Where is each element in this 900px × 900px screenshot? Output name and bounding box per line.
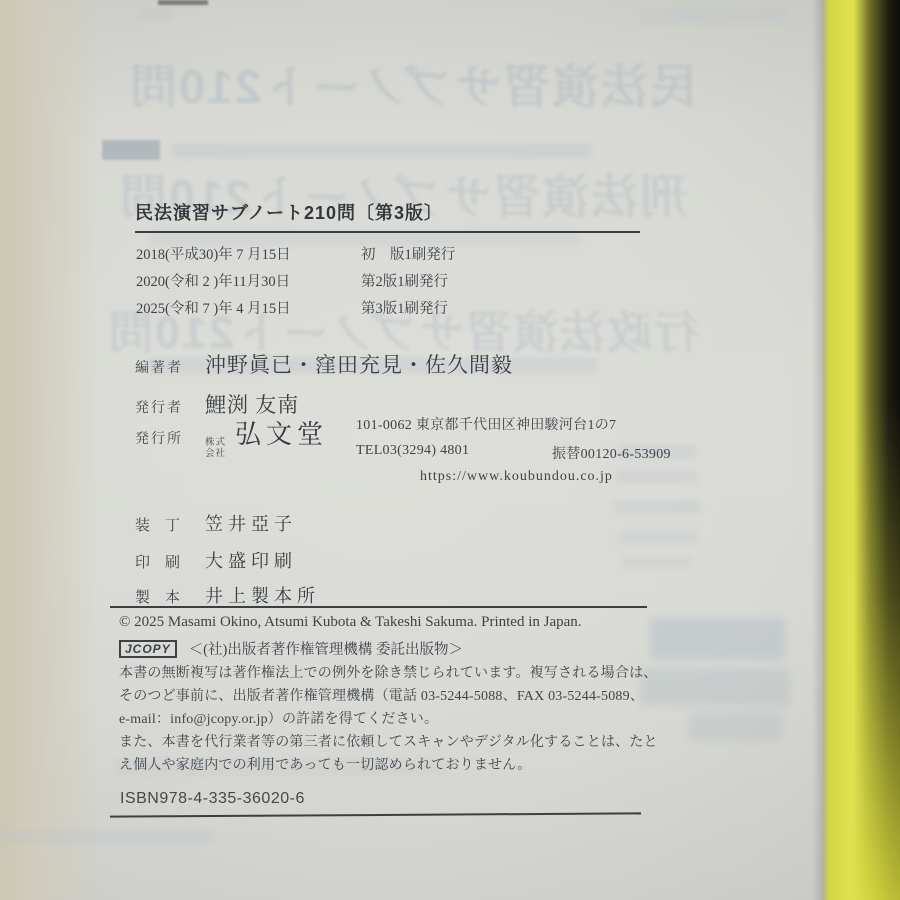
edition-date: 2018(平成30)年 7 月15日 — [136, 243, 361, 264]
isbn-number: ISBN978-4-335-36020-6 — [120, 790, 305, 808]
edition-date: 2025(令和 7 )年 4 月15日 — [136, 297, 361, 318]
publisher-address: 101-0062 東京都千代田区神田駿河台1の7 — [356, 414, 616, 434]
edition-row: 2018(平成30)年 7 月15日初 版1刷発行 — [136, 243, 455, 270]
copy-notice-line: そのつど事前に、出版者著作権管理機構（電話 03-5244-5088、FAX 0… — [119, 685, 658, 708]
jcopy-row: JCOPY ＜(社)出版者著作権管理機構 委託出版物＞ — [119, 638, 463, 659]
dark-photo-edge — [854, 0, 900, 900]
bleedthrough-smudge — [614, 500, 700, 514]
bleedthrough-smudge — [688, 712, 783, 742]
publishing-house-row: 発行所 株式会社 弘文堂 — [135, 414, 328, 457]
copyright-line: © 2025 Masami Okino, Atsumi Kubota & Tak… — [119, 614, 582, 631]
edition-label: 第2版1刷発行 — [361, 274, 448, 290]
edition-label: 第3版1刷発行 — [361, 301, 448, 317]
publisher-url: https://www.koubundou.co.jp — [420, 469, 613, 485]
book-title: 民法演習サブノート210問〔第3版〕 — [135, 199, 443, 225]
bleedthrough-title-minpo: 民法演習サブノート210問 — [128, 50, 697, 117]
bleedthrough-smudge — [0, 830, 215, 844]
design-label: 装 丁 — [135, 514, 205, 535]
binding-label: 製 本 — [135, 586, 205, 607]
publisher-postal-transfer: 振替00120-6-53909 — [552, 443, 671, 463]
publisher-tel: TEL03(3294) 4801 — [356, 443, 469, 459]
bleedthrough-smudge — [172, 143, 592, 158]
bleedthrough-smudge — [650, 618, 785, 660]
divider-legal — [110, 606, 647, 608]
bleedthrough-smudge — [138, 8, 172, 20]
bleedthrough-badge — [102, 140, 160, 160]
divider-bottom — [110, 812, 641, 817]
edition-history: 2018(平成30)年 7 月15日初 版1刷発行 2020(令和 2 )年11… — [136, 243, 455, 324]
copy-notice-line: また、本書を代行業者等の第三者に依頼してスキャンやデジタル化することは、たと — [119, 731, 658, 754]
editors-row: 編著者 沖野眞已・窪田充見・佐久間毅 — [135, 349, 513, 379]
print-label: 印 刷 — [135, 551, 205, 572]
bleedthrough-smudge — [640, 668, 790, 706]
edition-label: 初 版1刷発行 — [361, 247, 455, 263]
design-row: 装 丁 笠井亞子 — [135, 510, 297, 536]
jcopy-heading: ＜(社)出版者著作権管理機構 委託出版物＞ — [189, 642, 463, 658]
edition-date: 2020(令和 2 )年11月30日 — [136, 270, 361, 291]
bleedthrough-smudge — [618, 530, 698, 544]
binding-name: 井上製本所 — [205, 582, 320, 608]
copy-notice-line: e-mail：info@jcopy.or.jp）の許諾を得てください。 — [119, 708, 658, 731]
design-name: 笠井亞子 — [205, 510, 297, 536]
kabushiki: 株式 — [205, 438, 226, 449]
bleedthrough-smudge — [640, 8, 785, 24]
page-left-edge-shading — [0, 0, 96, 900]
jcopy-badge: JCOPY — [119, 640, 177, 658]
kaisha: 会社 — [205, 449, 226, 460]
binding-row: 製 本 井上製本所 — [135, 582, 320, 608]
book-colophon-photo: 民法演習サブノート210問 刑法演習サブノート210問 行政法演習サブノート21… — [0, 0, 900, 900]
edition-row: 2025(令和 7 )年 4 月15日第3版1刷発行 — [136, 297, 455, 324]
edition-row: 2020(令和 2 )年11月30日第2版1刷発行 — [136, 270, 455, 297]
copy-notice-line: 本書の無断複写は著作権法上での例外を除き禁じられています。複写される場合は、 — [119, 662, 658, 685]
editors-label: 編著者 — [135, 357, 205, 377]
copy-notice-line: え個人や家庭内での利用であっても一切認められておりません。 — [119, 754, 658, 777]
editors-names: 沖野眞已・窪田充見・佐久間毅 — [205, 349, 513, 379]
publishing-house-label: 発行所 — [135, 428, 205, 448]
photo-top-notch — [158, 0, 208, 5]
bleedthrough-smudge — [622, 556, 692, 568]
kabushiki-kaisha-stack: 株式会社 — [205, 438, 226, 459]
copy-notice: 本書の無断複写は著作権法上での例外を除き禁じられています。複写される場合は、 そ… — [119, 662, 658, 777]
print-name: 大盛印刷 — [205, 547, 297, 573]
print-row: 印 刷 大盛印刷 — [135, 547, 297, 573]
publishing-house-name: 弘文堂 — [235, 414, 328, 451]
bleedthrough-smudge — [616, 470, 698, 484]
divider-title — [135, 231, 640, 233]
